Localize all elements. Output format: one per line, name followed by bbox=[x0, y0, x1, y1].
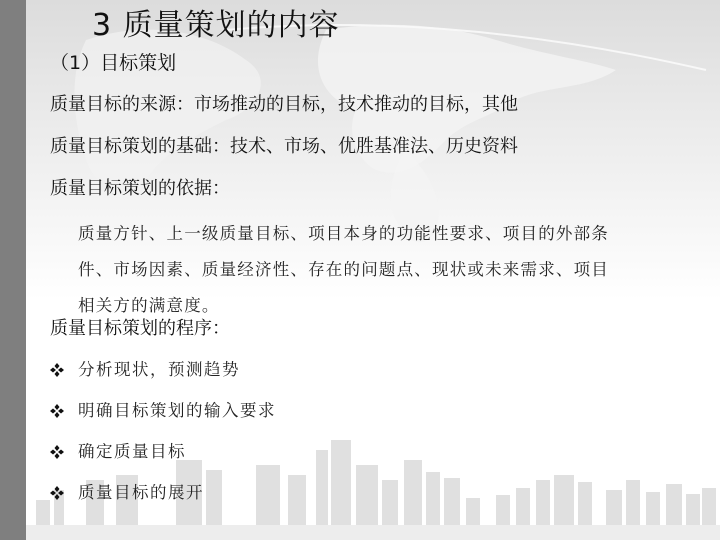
target-foundation-heading: 质量目标策划的依据： bbox=[50, 176, 230, 202]
procedure-list-item: 质量目标的展开 bbox=[50, 481, 204, 505]
procedure-heading: 质量目标策划的程序： bbox=[50, 316, 230, 342]
slide: 3 质量策划的内容 （1）目标策划 质量目标的来源：市场推动的目标，技术推动的目… bbox=[0, 0, 720, 540]
procedure-list-item: 明确目标策划的输入要求 bbox=[50, 399, 276, 423]
slide-title: 3 质量策划的内容 bbox=[92, 6, 340, 46]
procedure-list-item: 确定质量目标 bbox=[50, 440, 186, 464]
target-basis-line: 质量目标策划的基础：技术、市场、优胜基准法、历史资料 bbox=[50, 134, 518, 160]
foundation-paragraph-line: 件、市场因素、质量经济性、存在的问题点、现状或未来需求、项目 bbox=[78, 252, 688, 288]
left-accent-bar bbox=[0, 0, 26, 540]
city-skyline-background-icon bbox=[26, 420, 720, 540]
diamond-bullet-icon bbox=[50, 445, 64, 459]
foundation-paragraph-line: 质量方针、上一级质量目标、项目本身的功能性要求、项目的外部条 bbox=[78, 216, 688, 252]
procedure-item-label: 质量目标的展开 bbox=[78, 481, 204, 505]
diamond-bullet-icon bbox=[50, 404, 64, 418]
procedure-list-item: 分析现状，预测趋势 bbox=[50, 358, 240, 382]
diamond-bullet-icon bbox=[50, 363, 64, 377]
procedure-item-label: 分析现状，预测趋势 bbox=[78, 358, 240, 382]
target-source-line: 质量目标的来源：市场推动的目标，技术推动的目标，其他 bbox=[50, 92, 518, 118]
procedure-item-label: 明确目标策划的输入要求 bbox=[78, 399, 276, 423]
section-subtitle: （1）目标策划 bbox=[50, 50, 176, 76]
diamond-bullet-icon bbox=[50, 486, 64, 500]
foundation-paragraph: 质量方针、上一级质量目标、项目本身的功能性要求、项目的外部条 件、市场因素、质量… bbox=[78, 216, 688, 324]
procedure-item-label: 确定质量目标 bbox=[78, 440, 186, 464]
